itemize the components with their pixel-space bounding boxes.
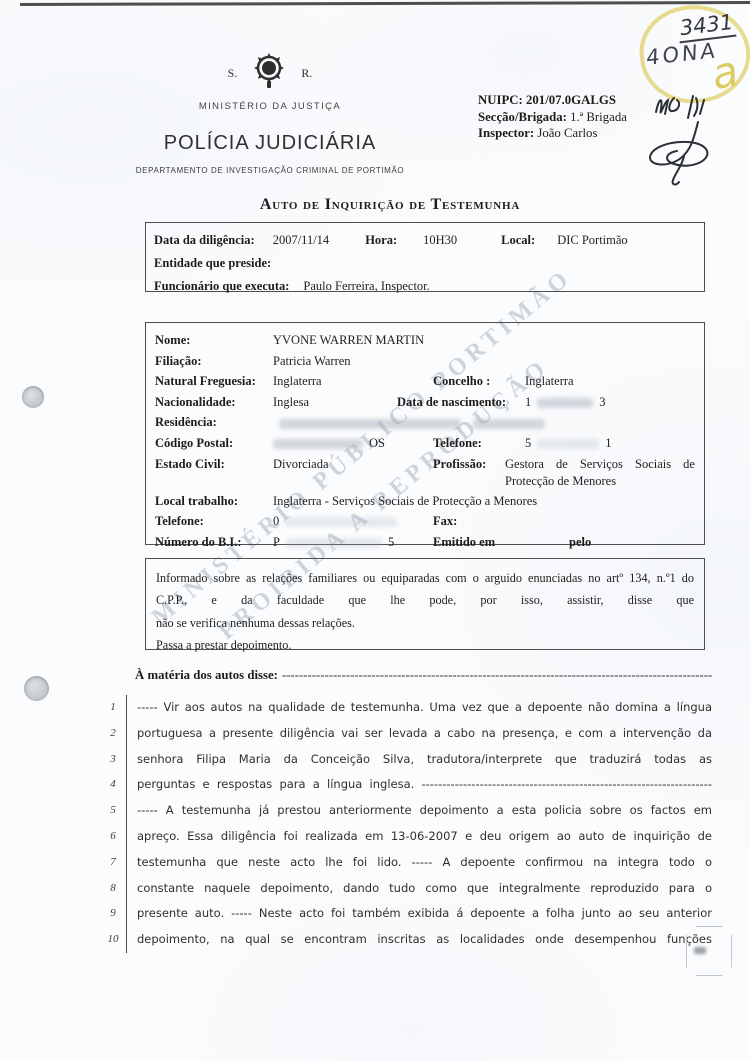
filiation-label: Filiação: (155, 351, 273, 372)
executor-label: Funcionário que executa: (154, 275, 289, 298)
redacted-segment (286, 538, 382, 548)
line-number: 1 (100, 695, 126, 721)
notice-line: Informado sobre as relações familiares o… (156, 567, 694, 589)
line-number: 9 (100, 901, 126, 927)
statement-line: apreço. Essa diligência foi realizada em… (137, 824, 712, 850)
place-label: Local: (501, 229, 535, 252)
dob-value: 13 (525, 392, 606, 413)
notice-box: Informado sobre as relações familiares o… (145, 558, 705, 650)
statement-line: ----- A testemunha já prestou anteriorme… (137, 798, 712, 824)
notice-line: C.P.P., e da faculdade que lhe pode, por… (156, 589, 694, 611)
statement-line: perguntas e respostas para a língua ingl… (137, 772, 712, 798)
residence-value (273, 412, 551, 433)
police-name: POLÍCIA JUDICIÁRIA (140, 132, 400, 155)
dash-filler: ----------------------------------------… (282, 668, 712, 683)
workplace-label: Local trabalho: (155, 491, 273, 512)
document-title: Auto de Inquirição de Testemunha (130, 196, 650, 214)
residence-label: Residência: (155, 412, 273, 433)
freguesia-value: Inglaterra (273, 371, 433, 392)
executor-value: Paulo Ferreira, Inspector. (303, 275, 429, 298)
bi-label: Número do B.I.: (155, 532, 273, 553)
line-number: 5 (100, 798, 126, 824)
fax-label: Fax: (433, 511, 457, 532)
redacted-segment (279, 419, 461, 429)
nationality-label: Nacionalidade: (155, 392, 273, 413)
concelho-value: Inglaterra (525, 371, 574, 392)
line-number: 2 (100, 721, 126, 747)
crest-right-letter: R. (301, 66, 312, 81)
statement-line: testemunha que neste acto lhe foi lido. … (137, 850, 712, 876)
civil-value: Divorciada (273, 454, 433, 475)
name-value: YVONE WARREN MARTIN (273, 330, 424, 351)
signature-scribble (598, 84, 733, 199)
line-number: 4 (100, 772, 126, 798)
dob-label: Data de nascimento: (397, 392, 525, 413)
place-value: DIC Portimão (557, 229, 627, 252)
coat-of-arms-icon (247, 52, 291, 95)
workplace-value: Inglaterra - Serviços Sociais de Protecç… (273, 491, 537, 512)
issued-by-label: pelo (569, 532, 591, 553)
statement-section: À matéria dos autos disse: -------------… (100, 668, 712, 953)
concelho-label: Concelho : (433, 371, 525, 392)
stamp-mark (694, 947, 706, 954)
redacted-segment (273, 439, 363, 449)
witness-table: Nome: YVONE WARREN MARTIN Filiação: Patr… (145, 322, 705, 545)
redacted-segment (473, 419, 545, 429)
statement-label: À matéria dos autos disse: (135, 668, 278, 683)
nuipc-label: NUIPC: (478, 93, 523, 107)
phone1-label: Telefone: (433, 433, 525, 454)
line-number: 3 (100, 747, 126, 773)
issued-label: Emitido em (433, 532, 525, 553)
line-number: 8 (100, 876, 126, 902)
redacted-segment (285, 517, 397, 527)
phone2-value: 0 (273, 511, 433, 532)
freguesia-label: Natural Freguesia: (155, 371, 273, 392)
statement-line: portuguesa a presente diligência vai ser… (137, 721, 712, 747)
inspector-label: Inspector: (478, 126, 534, 140)
inspector-value: João Carlos (537, 126, 597, 140)
redacted-segment (537, 398, 593, 408)
department-name: DEPARTAMENTO DE INVESTIGAÇÃO CRIMINAL DE… (105, 166, 435, 175)
date-label: Data da diligência: (154, 229, 255, 252)
profession-label: Profissão: (433, 454, 505, 475)
civil-label: Estado Civil: (155, 454, 273, 475)
document-page: MINISTÉRIO PÚBLICO PORTIMÃO PROIBIDA A R… (0, 0, 750, 1061)
phone1-value: 51 (525, 433, 612, 454)
profession-value: Gestora de Serviços Sociais de Protecção… (505, 454, 695, 490)
hole-punch (24, 676, 49, 701)
scan-edge-line (20, 1, 750, 5)
nationality-value: Inglesa (273, 392, 397, 413)
crest-left-letter: S. (228, 66, 238, 81)
postal-value: OS (273, 433, 433, 454)
statement-line: presente auto. ----- Neste acto foi tamb… (137, 901, 712, 927)
line-number: 6 (100, 824, 126, 850)
postal-label: Código Postal: (155, 433, 273, 454)
line-numbers-column: 1 2 3 4 5 6 7 8 9 10 (100, 695, 126, 953)
brigade-label: Secção/Brigada: (478, 110, 567, 124)
notice-line: não se verifica nenhuma dessas relações. (156, 612, 694, 634)
presiding-label: Entidade que preside: (154, 252, 271, 275)
date-value: 2007/11/14 (273, 229, 329, 252)
diligence-table: Data da diligência: 2007/11/14 Hora: 10H… (145, 222, 705, 292)
name-label: Nome: (155, 330, 273, 351)
filiation-value: Patricia Warren (273, 351, 351, 372)
statement-text-column: ----- Vir aos autos na qualidade de test… (126, 695, 712, 953)
time-label: Hora: (365, 229, 397, 252)
time-value: 10H30 (423, 229, 457, 252)
letterhead-crest: S. R. (200, 52, 340, 95)
line-number: 10 (100, 927, 126, 953)
statement-line: senhora Filipa Maria da Conceição Silva,… (137, 747, 712, 773)
bi-value: P5 (273, 532, 433, 553)
line-number: 7 (100, 850, 126, 876)
redacted-segment (537, 439, 599, 449)
phone2-label: Telefone: (155, 511, 273, 532)
notice-line: Passa a prestar depoimento. (156, 634, 694, 656)
statement-line: depoimento, na qual se encontram inscrit… (137, 927, 712, 953)
statement-line: constante naquele depoimento, dando tudo… (137, 876, 712, 902)
stamp-outline (686, 926, 732, 976)
ministry-name: MINISTÉRIO DA JUSTIÇA (150, 101, 390, 112)
hole-punch (22, 386, 44, 408)
statement-line: ----- Vir aos autos na qualidade de test… (137, 695, 712, 721)
